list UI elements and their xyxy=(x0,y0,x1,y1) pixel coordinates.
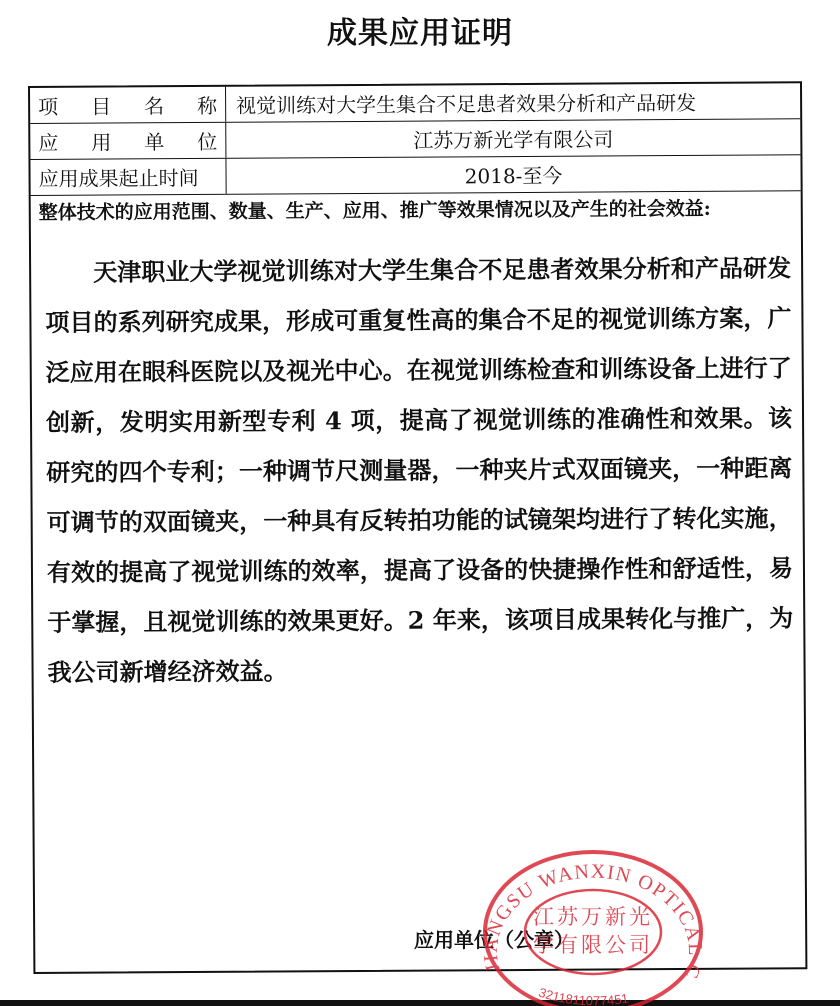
signature-label: 应用单位（公章） xyxy=(414,924,574,953)
description-heading: 整体技术的应用范围、数量、生产、应用、推广等效果情况以及产生的社会效益: xyxy=(31,191,801,228)
label-char: 目 xyxy=(91,90,111,119)
label-char: 单 xyxy=(144,126,164,155)
document-title: 成果应用证明 xyxy=(0,8,840,52)
row-application-period: 应用成果起止时间 2018-至今 xyxy=(30,155,800,196)
description-body: 天津职业大学视觉训练对大学生集合不足患者效果分析和产品研发项目的系列研究成果，形… xyxy=(31,223,804,698)
label-char: 用 xyxy=(91,126,111,155)
label-char: 应 xyxy=(38,127,58,156)
label-char: 名 xyxy=(144,90,164,119)
application-unit-label: 应 用 单 位 xyxy=(30,123,226,159)
label-char: 项 xyxy=(38,91,58,120)
row-application-unit: 应 用 单 位 江苏万新光学有限公司 xyxy=(30,119,800,160)
project-name-label: 项 目 名 称 xyxy=(30,87,226,123)
application-unit-value: 江苏万新光学有限公司 xyxy=(226,119,800,158)
label-char: 称 xyxy=(197,90,217,119)
project-name-value: 视觉训练对大学生集合不足患者效果分析和产品研发 xyxy=(226,83,800,122)
application-period-value: 2018-至今 xyxy=(226,155,800,194)
form-table: 项 目 名 称 视觉训练对大学生集合不足患者效果分析和产品研发 应 用 单 位 … xyxy=(28,81,807,974)
row-project-name: 项 目 名 称 视觉训练对大学生集合不足患者效果分析和产品研发 xyxy=(30,83,800,124)
label-char: 位 xyxy=(197,126,217,155)
scan-bottom-edge xyxy=(0,1000,840,1006)
application-period-label: 应用成果起止时间 xyxy=(30,159,226,195)
